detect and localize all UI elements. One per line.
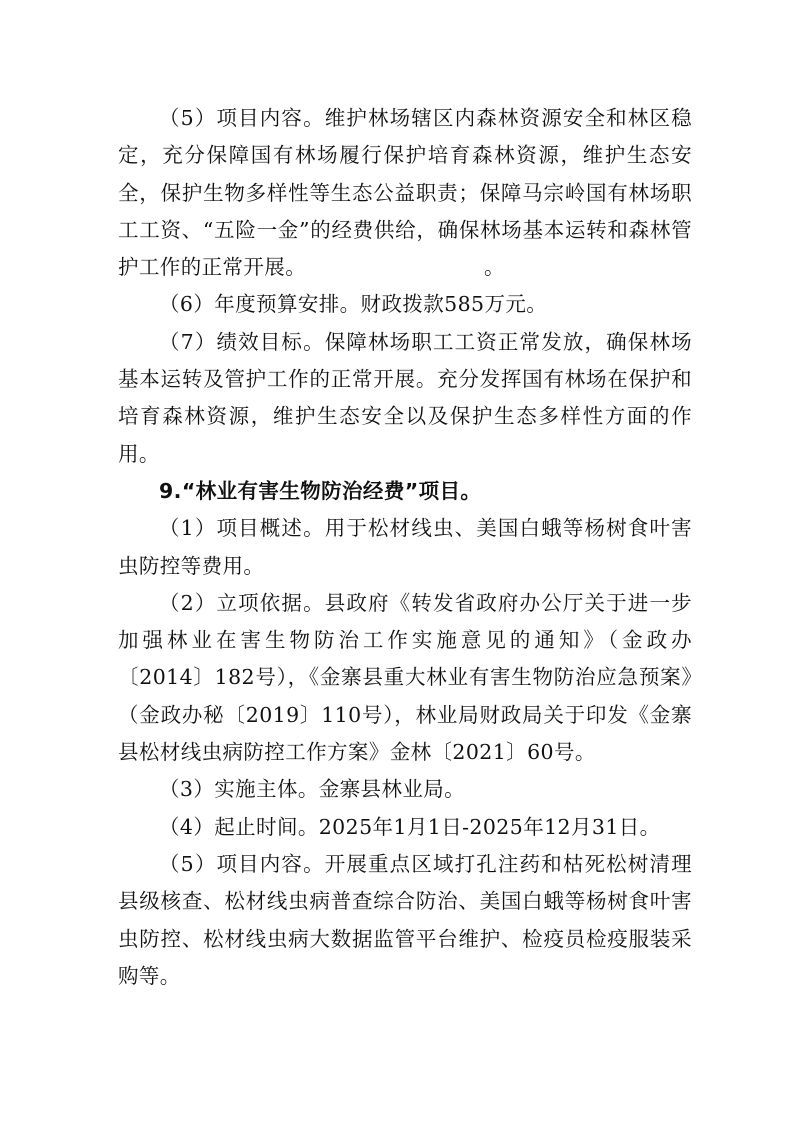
paragraph-project-basis: （2）立项依据。县政府《转发省政府办公厅关于进一步加强林业在害生物防治工作实施意… (118, 585, 692, 771)
paragraph-project-content-forest-farm: （5）项目内容。维护林场辖区内森林资源安全和林区稳定，充分保障国有林场履行保护培… (118, 100, 692, 286)
paragraph-annual-budget: （6）年度预算安排。财政拨款585万元。 (118, 286, 692, 323)
paragraph-performance-goal: （7）绩效目标。保障林场职工工资正常发放，确保林场基本运转及管护工作的正常开展。… (118, 324, 692, 473)
section-heading-pest-control: 9.“林业有害生物防治经费”项目。 (118, 473, 692, 510)
document-page: （5）项目内容。维护林场辖区内森林资源安全和林区稳定，充分保障国有林场履行保护培… (118, 100, 692, 995)
paragraph-duration: （4）起止时间。2025年1月1日-2025年12月31日。 (118, 809, 692, 846)
paragraph-project-content-pest: （5）项目内容。开展重点区域打孔注药和枯死松树清理县级核查、松材线虫病普查综合防… (118, 846, 692, 995)
paragraph-implementing-body: （3）实施主体。金寨县林业局。 (118, 771, 692, 808)
paragraph-project-overview: （1）项目概述。用于松材线虫、美国白蛾等杨树食叶害虫防控等费用。 (118, 510, 692, 585)
